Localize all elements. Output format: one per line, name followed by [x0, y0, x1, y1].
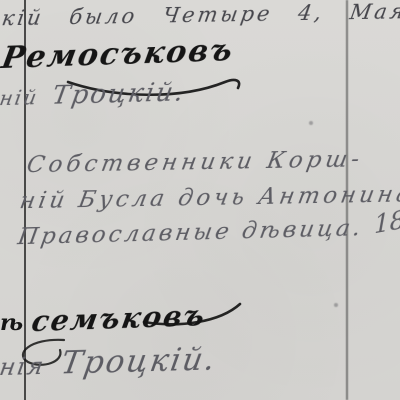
record-number: 18 [374, 206, 400, 237]
signature-bottom-edge-fragment: ѣ [0, 312, 23, 334]
paper-speck [309, 121, 313, 125]
record-line-2: ній Бусла дочь Антонина [18, 183, 400, 213]
priest-top-name: Троцкій. [50, 77, 188, 111]
priest-top-fragment: ній [0, 85, 40, 110]
scanned-register-page: кій было Четыре 4, Мая 2 Ремосъковъ нійТ… [0, 0, 400, 400]
signature-top: Ремосъковъ [0, 36, 237, 74]
priest-bottom-name: Троцкій. [58, 341, 219, 381]
priest-line-top: нійТроцкій. [0, 79, 187, 110]
record-line-1: Собственники Корш- [25, 148, 365, 177]
header-line: кій было Четыре 4, Мая 2 [0, 0, 400, 29]
signature-bottom: семъковъ [30, 302, 209, 336]
paper-speck [334, 303, 338, 307]
record-line-3: Православные дѣвица. [16, 217, 365, 249]
priest-bottom-fragment: нія [0, 352, 47, 381]
priest-line-bottom: ніяТроцкій. [0, 344, 219, 381]
